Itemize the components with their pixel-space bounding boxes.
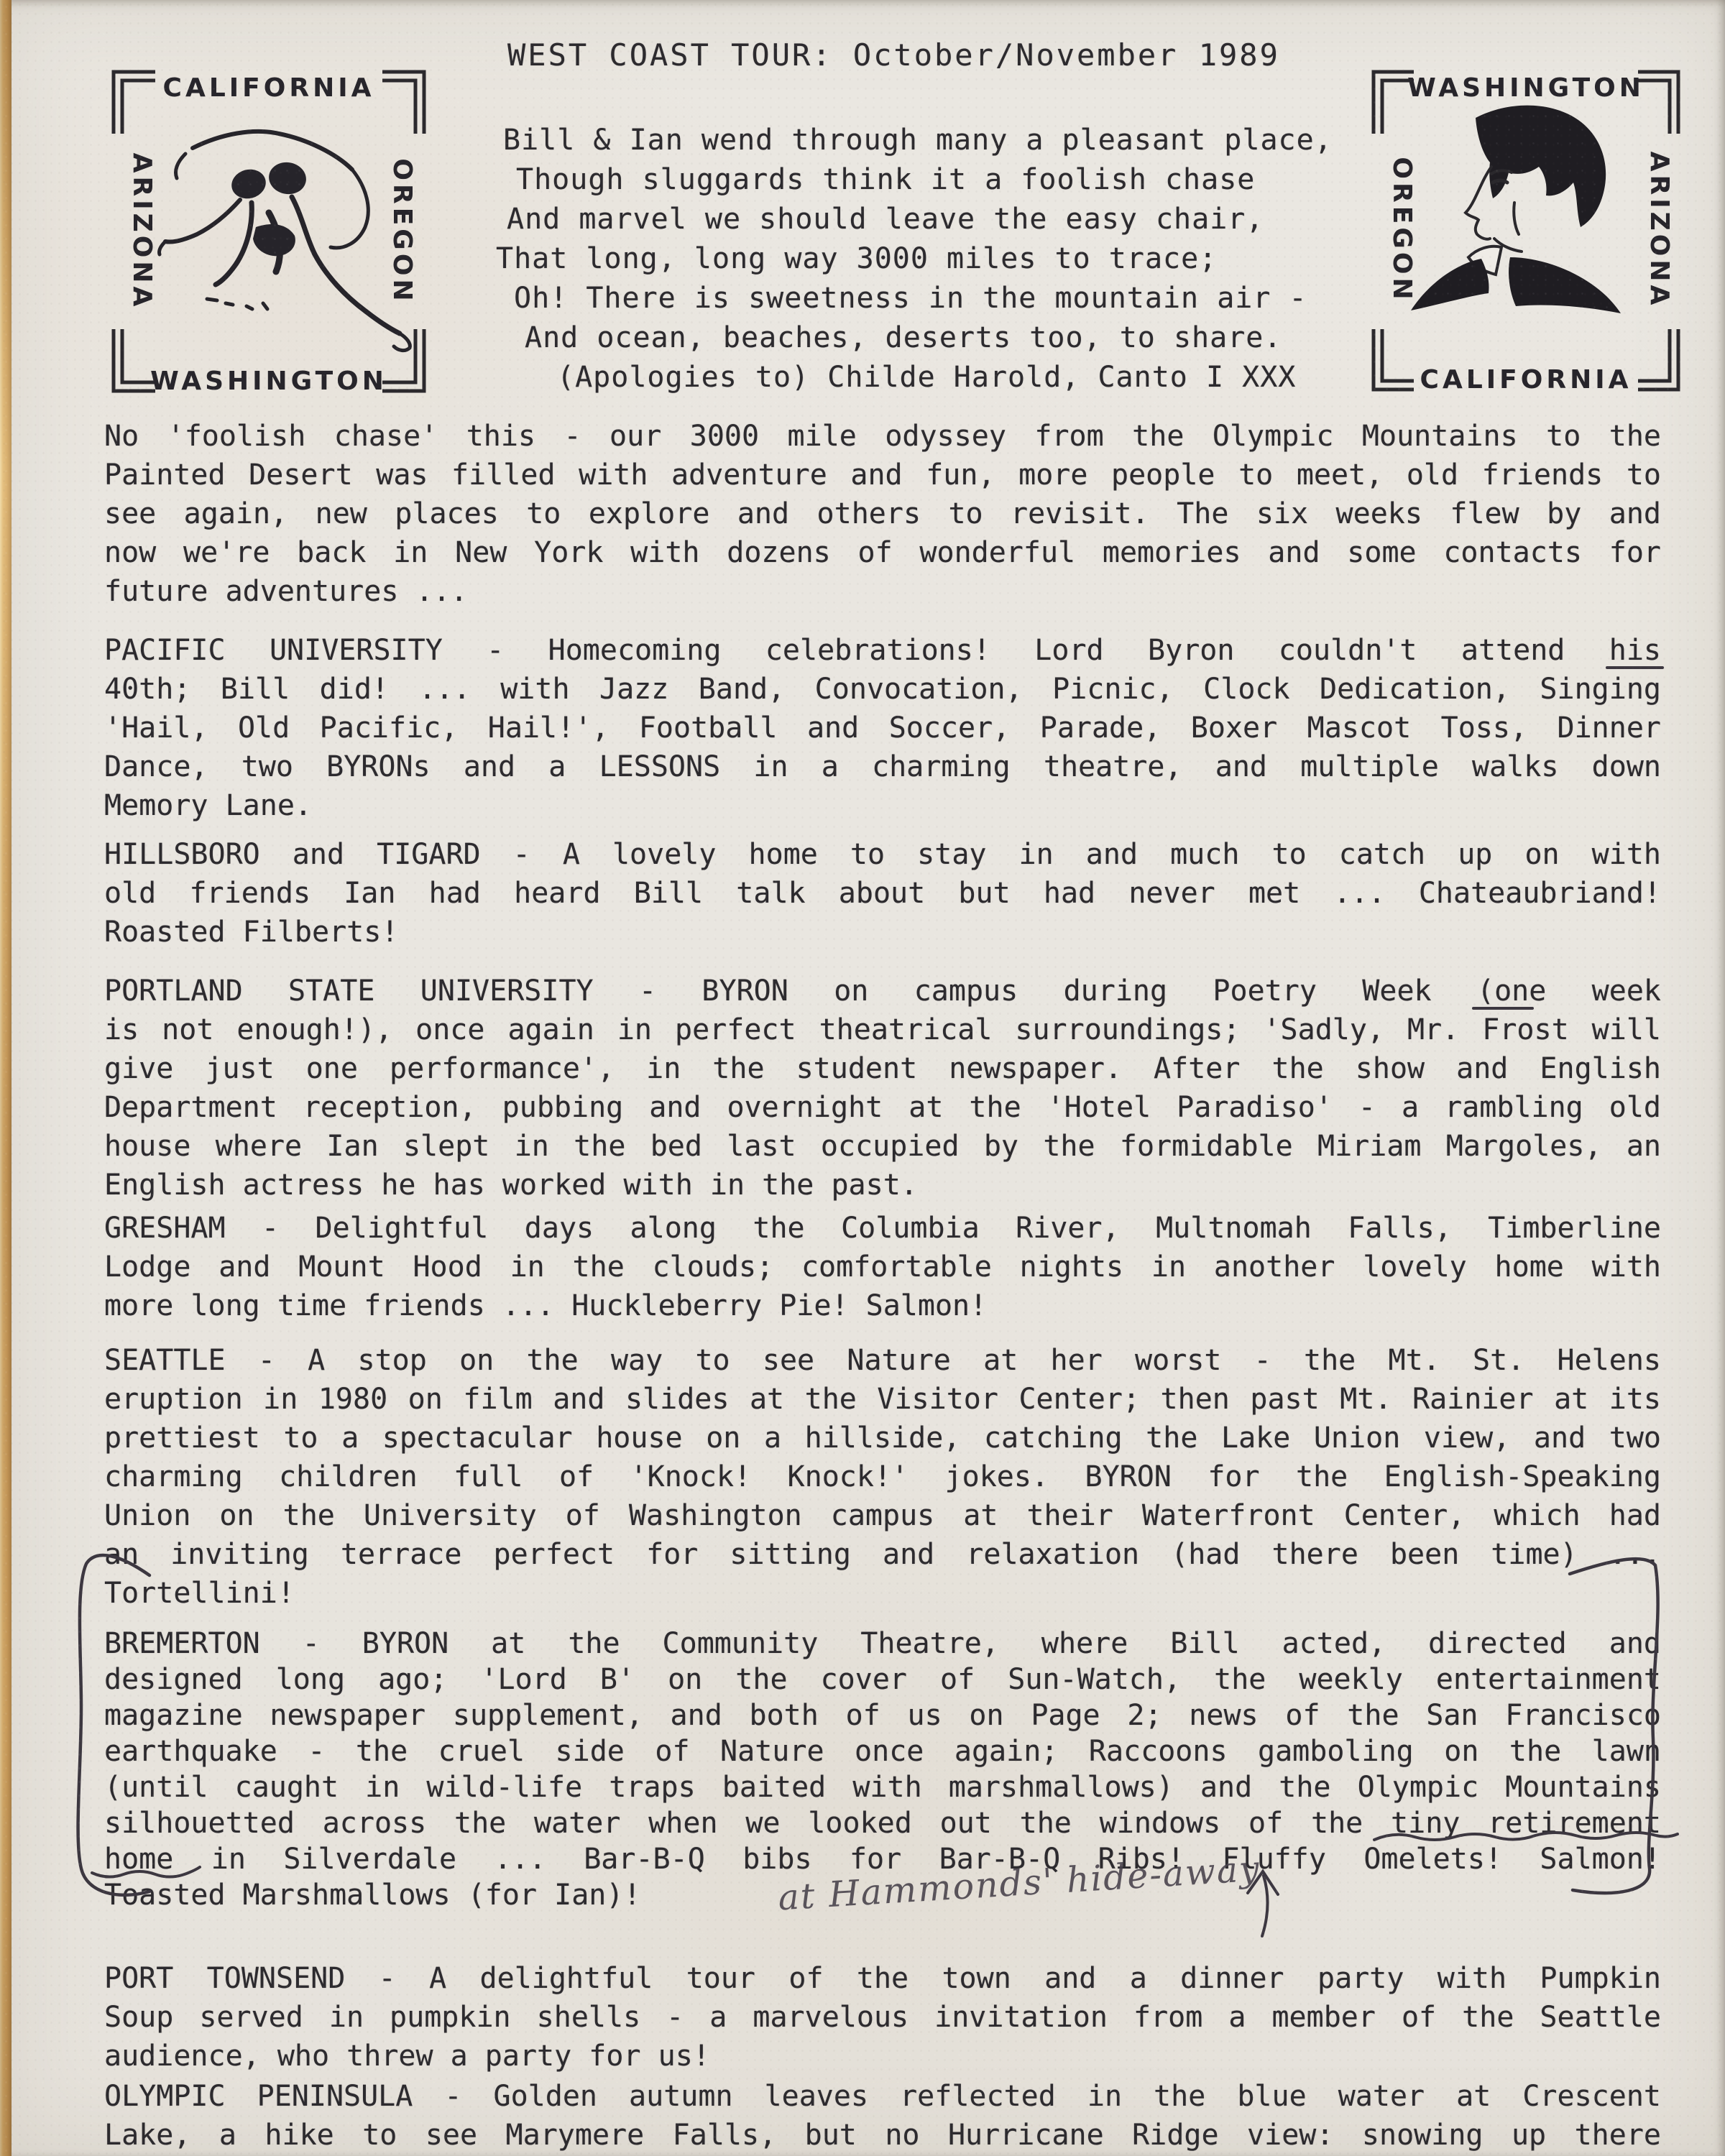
logo-right-left-label: OREGON: [1387, 157, 1417, 303]
text-line: PACIFIC UNIVERSITY - Homecoming celebrat…: [104, 631, 1661, 670]
text-line: BREMERTON - BYRON at the Community Theat…: [104, 1626, 1661, 1662]
paragraph-portland-state: PORTLAND STATE UNIVERSITY - BYRON on cam…: [104, 972, 1661, 1204]
text-line: Painted Desert was filled with adventure…: [104, 456, 1661, 494]
text-line: 'Hail, Old Pacific, Hail!', Football and…: [104, 709, 1661, 747]
poem-block: Bill & Ian wend through many a pleasant …: [496, 121, 1344, 397]
logo-right-top-label: WASHINGTON: [1407, 73, 1644, 103]
paragraph-seattle: SEATTLE - A stop on the way to see Natur…: [104, 1341, 1661, 1613]
text-line: SEATTLE - A stop on the way to see Natur…: [104, 1341, 1661, 1380]
text-line: Tortellini!: [104, 1574, 1661, 1613]
logo-left-right-label: OREGON: [387, 158, 417, 304]
text-line: 40th; Bill did! ... with Jazz Band, Conv…: [104, 670, 1661, 709]
text-line: GRESHAM - Delightful days along the Colu…: [104, 1209, 1661, 1248]
text-line: (until caught in wild-life traps baited …: [104, 1769, 1661, 1805]
text-line: Union on the University of Washington ca…: [104, 1496, 1661, 1535]
text-line: English actress he has worked with in th…: [104, 1166, 1661, 1204]
text-line: charming children full of 'Knock! Knock!…: [104, 1457, 1661, 1496]
west-coast-tour-logo-right: WASHINGTON CALIFORNIA OREGON ARIZONA: [1361, 59, 1691, 401]
logo-left-top-label: CALIFORNIA: [163, 73, 375, 103]
text-line: give just one performance', in the stude…: [104, 1049, 1661, 1088]
poem-line: Bill & Ian wend through many a pleasant …: [503, 121, 1344, 160]
byron-portrait-sketch-art: [1411, 106, 1621, 313]
paragraph-pacific-university: PACIFIC UNIVERSITY - Homecoming celebrat…: [104, 631, 1661, 825]
text-line: Roasted Filberts!: [104, 913, 1661, 952]
poem-line: And ocean, beaches, deserts too, to shar…: [525, 318, 1344, 358]
text-line: Department reception, pubbing and overni…: [104, 1088, 1661, 1127]
text-line: PORT TOWNSEND - A delightful tour of the…: [104, 1959, 1661, 1998]
text-line: No 'foolish chase' this - our 3000 mile …: [104, 417, 1661, 456]
text-line: OLYMPIC PENINSULA - Golden autumn leaves…: [104, 2077, 1661, 2116]
paragraph-port-townsend: PORT TOWNSEND - A delightful tour of the…: [104, 1959, 1661, 2076]
paragraph-bremerton: BREMERTON - BYRON at the Community Theat…: [104, 1626, 1661, 1913]
text-line: earthquake - the cruel side of Nature on…: [104, 1733, 1661, 1769]
text-line: audience, who threw a party for us!: [104, 2037, 1661, 2076]
text-line: silhouetted across the water when we loo…: [104, 1805, 1661, 1841]
text-line: Soup served in pumpkin shells - a marvel…: [104, 1998, 1661, 2037]
poem-line: Oh! There is sweetness in the mountain a…: [514, 279, 1344, 318]
text-line: old friends Ian had heard Bill talk abou…: [104, 874, 1661, 913]
text-line: see again, new places to explore and oth…: [104, 494, 1661, 533]
text-line: eruption in 1980 on film and slides at t…: [104, 1380, 1661, 1419]
text-line: an inviting terrace perfect for sitting …: [104, 1535, 1661, 1574]
text-line: Dance, two BYRONs and a LESSONS in a cha…: [104, 747, 1661, 786]
paragraph-intro: No 'foolish chase' this - our 3000 mile …: [104, 417, 1661, 611]
poem-line: That long, long way 3000 miles to trace;: [496, 239, 1344, 279]
text-line: PORTLAND STATE UNIVERSITY - BYRON on cam…: [104, 972, 1661, 1010]
paragraph-olympic-peninsula: OLYMPIC PENINSULA - Golden autumn leaves…: [104, 2077, 1661, 2155]
text-line: Memory Lane.: [104, 786, 1661, 825]
paragraph-hillsboro-tigard: HILLSBORO and TIGARD - A lovely home to …: [104, 835, 1661, 952]
text-line: Lodge and Mount Hood in the clouds; comf…: [104, 1248, 1661, 1286]
text-line: now we're back in New York with dozens o…: [104, 533, 1661, 572]
two-figures-sketch-art: [159, 132, 410, 351]
west-coast-tour-logo-left: CALIFORNIA WASHINGTON ARIZONA OREGON: [99, 62, 438, 401]
page-title: WEST COAST TOUR: October/November 1989: [507, 37, 1280, 73]
text-line: magazine newspaper supplement, and both …: [104, 1697, 1661, 1733]
text-line: more long time friends ... Huckleberry P…: [104, 1286, 1661, 1325]
poem-line: Though sluggards think it a foolish chas…: [516, 160, 1344, 200]
poem-attribution: (Apologies to) Childe Harold, Canto I XX…: [557, 358, 1344, 397]
text-line: Lake, a hike to see Marymere Falls, but …: [104, 2116, 1661, 2155]
text-line: is not enough!), once again in perfect t…: [104, 1010, 1661, 1049]
page-left-edge: [0, 0, 11, 2156]
text-line: future adventures ...: [104, 572, 1661, 611]
text-line: designed long ago; 'Lord B' on the cover…: [104, 1662, 1661, 1697]
text-line: HILLSBORO and TIGARD - A lovely home to …: [104, 835, 1661, 874]
text-line: prettiest to a spectacular house on a hi…: [104, 1419, 1661, 1457]
paragraph-gresham: GRESHAM - Delightful days along the Colu…: [104, 1209, 1661, 1325]
logo-right-bottom-label: CALIFORNIA: [1420, 365, 1632, 395]
scanned-newsletter-page: CALIFORNIA WASHINGTON ARIZONA OREGON: [0, 0, 1725, 2156]
poem-line: And marvel we should leave the easy chai…: [507, 200, 1344, 239]
text-line: house where Ian slept in the bed last oc…: [104, 1127, 1661, 1166]
logo-right-right-label: ARIZONA: [1644, 152, 1674, 309]
logo-left-bottom-label: WASHINGTON: [150, 367, 387, 396]
logo-left-left-label: ARIZONA: [127, 153, 157, 310]
